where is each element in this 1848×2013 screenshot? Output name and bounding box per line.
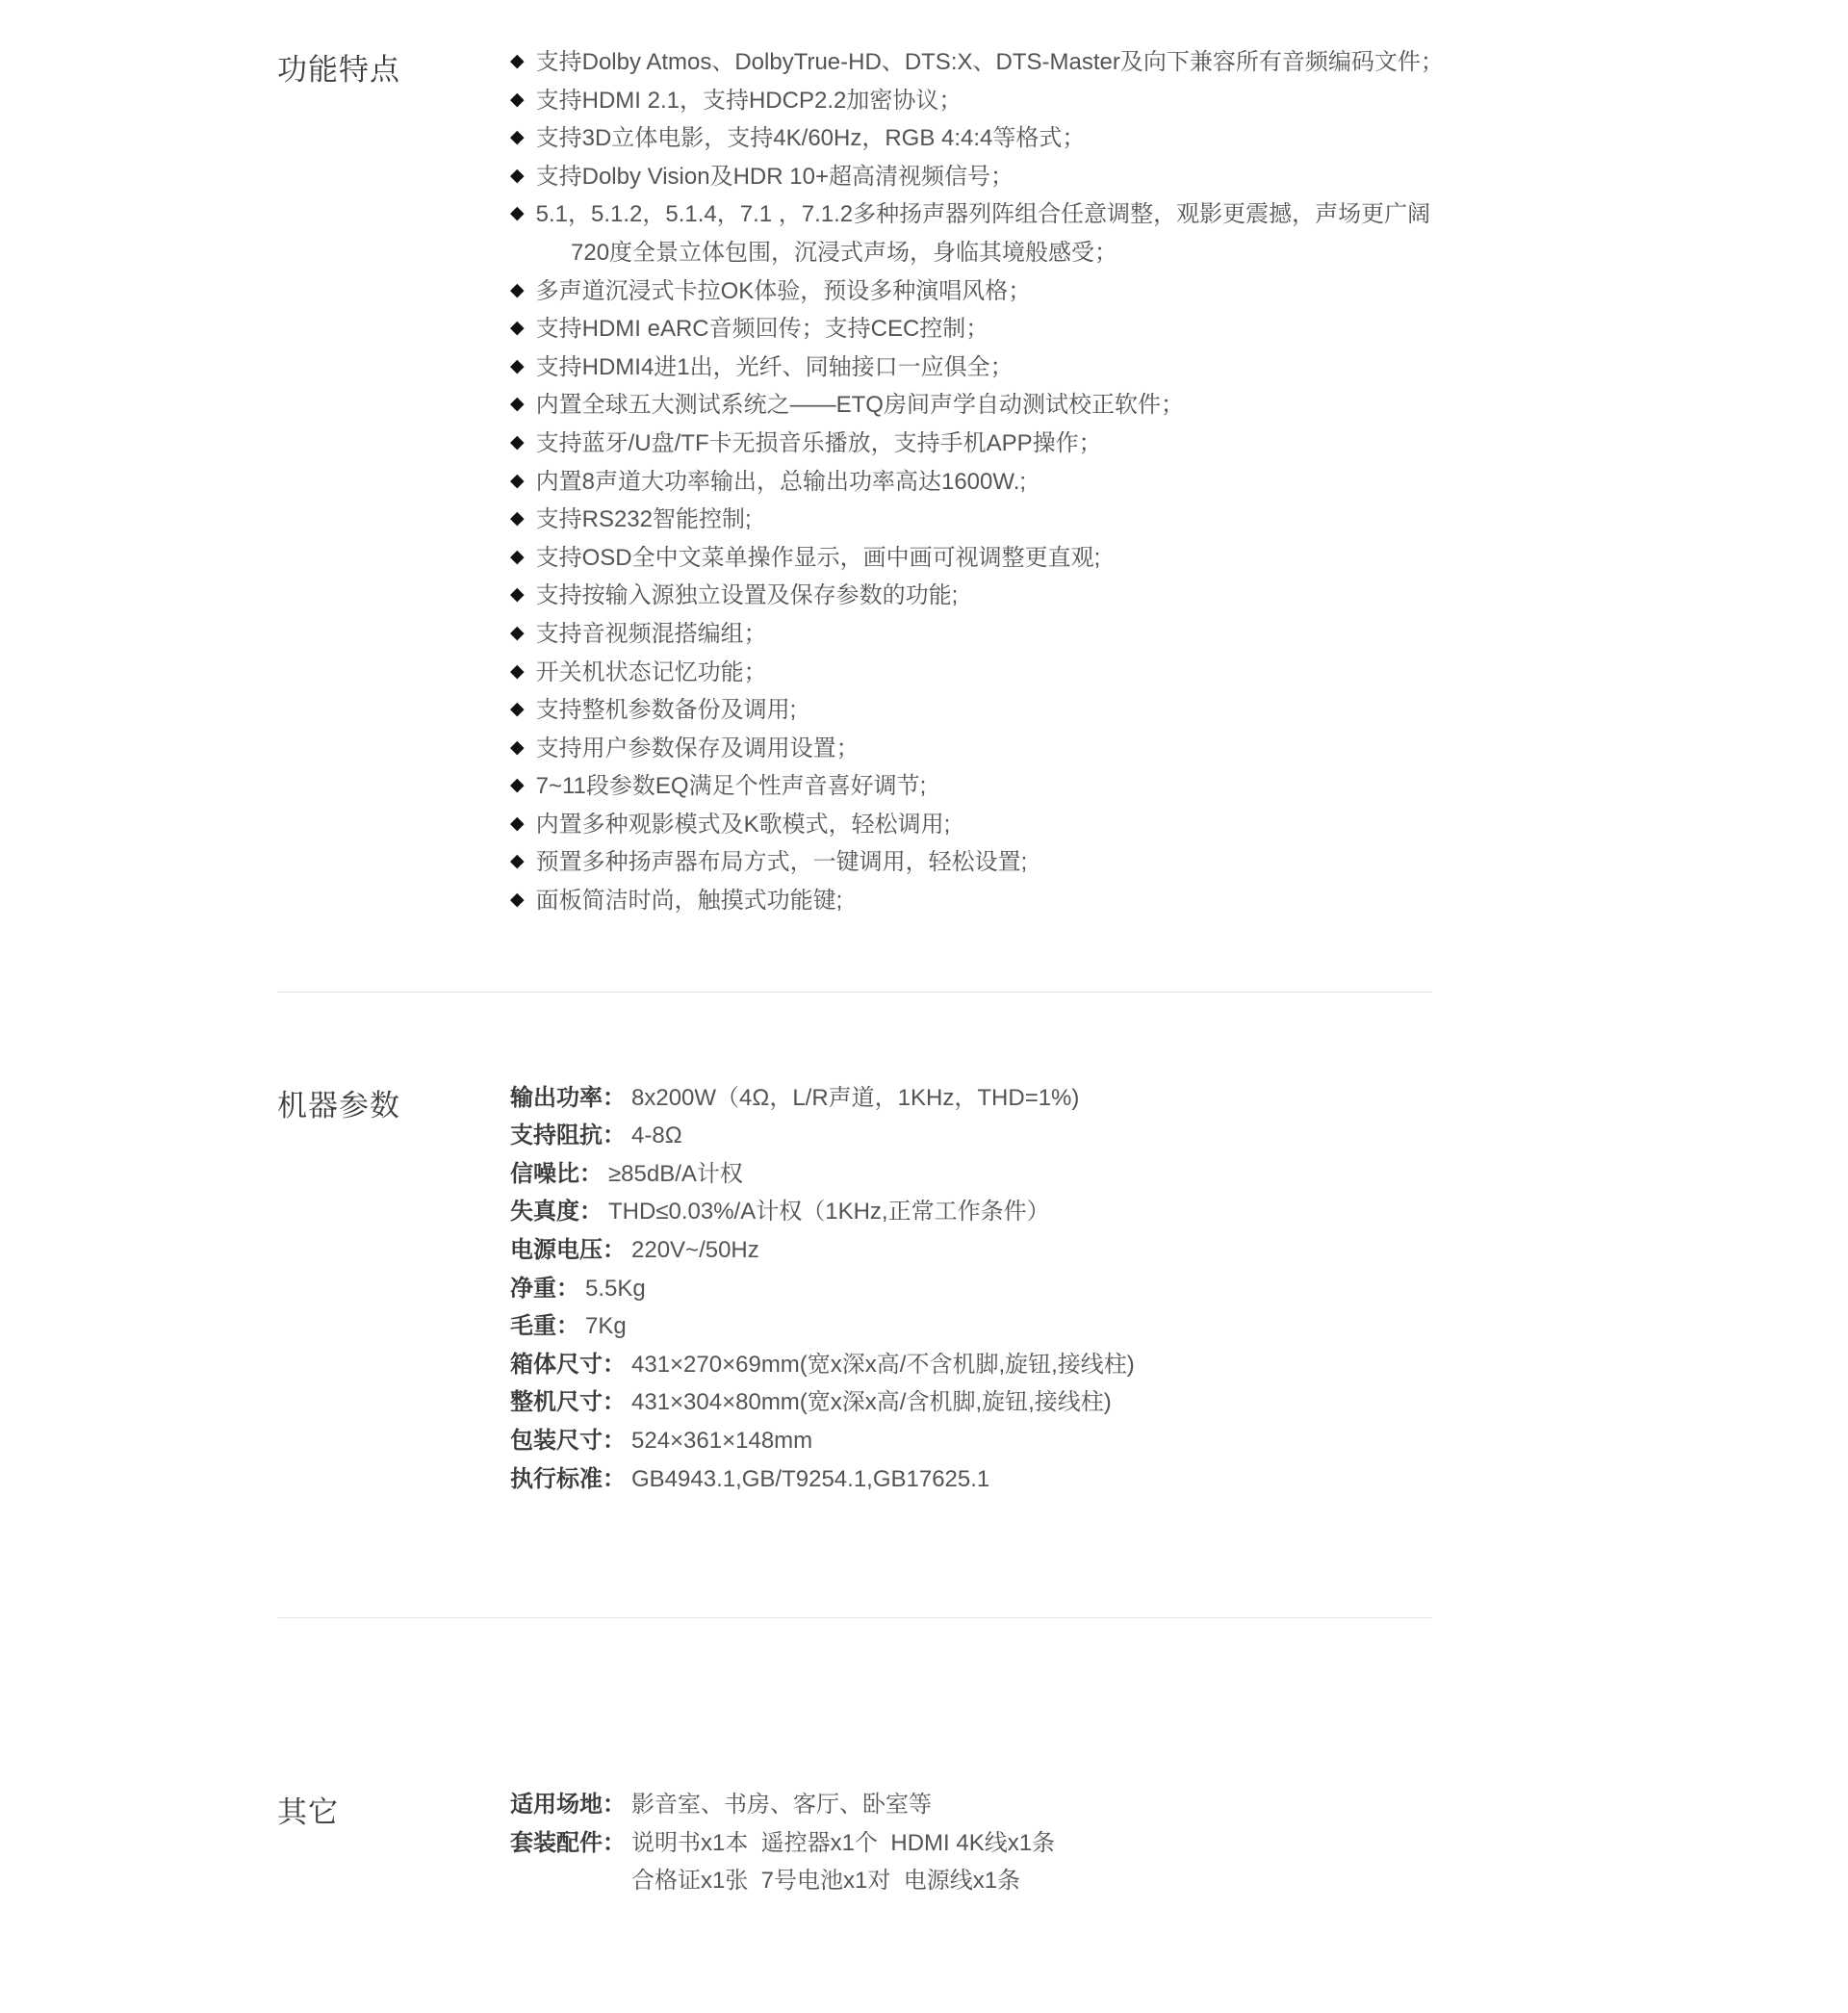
diamond-bullet-icon: ◆ <box>510 653 525 691</box>
feature-item: ◆内置8声道大功率输出，总输出功率高达1600W.; <box>510 463 1848 502</box>
spec-label: 净重： <box>510 1276 579 1302</box>
feature-text: 支持HDMI 2.1，支持HDCP2.2加密协议； <box>536 82 962 120</box>
feature-item: ◆支持用户参数保存及调用设置； <box>510 730 1848 768</box>
feature-text: 支持HDMI4进1出，光纤、同轴接口一应俱全； <box>536 348 1014 387</box>
feature-item: ◆支持HDMI eARC音频回传；支持CEC控制； <box>510 310 1848 348</box>
feature-text: 面板简洁时尚，触摸式功能键; <box>536 882 843 920</box>
feature-item: ◆5.1，5.1.2，5.1.4，7.1 ，7.1.2多种扬声器列阵组合任意调整… <box>510 195 1848 234</box>
spec-row: 电源电压：220V~/50Hz <box>510 1231 1848 1270</box>
feature-item: ◆支持按输入源独立设置及保存参数的功能; <box>510 577 1848 615</box>
spec-label: 执行标准： <box>510 1466 626 1492</box>
spec-value: THD≤0.03%/A计权（1KHz,正常工作条件） <box>608 1199 1050 1225</box>
spec-row: 支持阻抗：4-8Ω <box>510 1117 1848 1155</box>
spec-label: 信噪比： <box>510 1161 603 1187</box>
feature-text: 7~11段参数EQ满足个性声音喜好调节; <box>536 767 927 806</box>
diamond-bullet-icon: ◆ <box>510 614 525 653</box>
section-divider <box>277 992 1432 993</box>
feature-item: ◆内置全球五大测试系统之——ETQ房间声学自动测试校正软件； <box>510 386 1848 425</box>
feature-item: ◆内置多种观影模式及K歌模式，轻松调用; <box>510 806 1848 844</box>
spec-label: 输出功率： <box>510 1085 626 1111</box>
spec-label: 支持阻抗： <box>510 1123 626 1148</box>
diamond-bullet-icon: ◆ <box>510 881 525 919</box>
diamond-bullet-icon: ◆ <box>510 385 525 424</box>
other-values: 影音室、书房、客厅、卧室等 <box>631 1786 932 1824</box>
spec-value: 4-8Ω <box>631 1123 682 1148</box>
feature-text: 支持RS232智能控制; <box>536 501 752 539</box>
feature-continuation-text: 720度全景立体包围，沉浸式声场，身临其境般感受； <box>510 234 1848 272</box>
spec-row: 箱体尺寸：431×270×69mm(宽x深x高/不含机脚,旋钮,接线柱) <box>510 1346 1848 1384</box>
feature-text: 支持3D立体电影，支持4K/60Hz，RGB 4:4:4等格式； <box>536 119 1086 158</box>
other-values: 说明书x1本 遥控器x1个 HDMI 4K线x1条合格证x1张 7号电池x1对 … <box>631 1824 1055 1900</box>
other-section: 其它 适用场地：影音室、书房、客厅、卧室等套装配件：说明书x1本 遥控器x1个 … <box>0 1786 1848 1900</box>
spec-row: 执行标准：GB4943.1,GB/T9254.1,GB17625.1 <box>510 1460 1848 1499</box>
spec-value: 8x200W（4Ω，L/R声道，1KHz，THD=1%) <box>631 1085 1079 1111</box>
spec-label: 失真度： <box>510 1199 603 1225</box>
spec-row: 失真度：THD≤0.03%/A计权（1KHz,正常工作条件） <box>510 1193 1848 1231</box>
spec-label: 电源电压： <box>510 1237 626 1263</box>
spec-value: ≥85dB/A计权 <box>608 1161 743 1187</box>
diamond-bullet-icon: ◆ <box>510 729 525 767</box>
spec-row: 信噪比：≥85dB/A计权 <box>510 1155 1848 1194</box>
diamond-bullet-icon: ◆ <box>510 424 525 462</box>
diamond-bullet-icon: ◆ <box>510 271 525 310</box>
spec-row: 包装尺寸：524×361×148mm <box>510 1422 1848 1460</box>
feature-text: 内置全球五大测试系统之——ETQ房间声学自动测试校正软件； <box>536 386 1184 425</box>
other-value-line: 说明书x1本 遥控器x1个 HDMI 4K线x1条 <box>631 1824 1055 1863</box>
features-list: ◆支持Dolby Atmos、DolbyTrue-HD、DTS:X、DTS-Ma… <box>510 43 1848 920</box>
diamond-bullet-icon: ◆ <box>510 157 525 195</box>
feature-item: ◆多声道沉浸式卡拉OK体验，预设多种演唱风格； <box>510 272 1848 311</box>
feature-item: ◆支持Dolby Atmos、DolbyTrue-HD、DTS:X、DTS-Ma… <box>510 43 1848 82</box>
feature-text: 支持用户参数保存及调用设置； <box>536 730 860 768</box>
other-value-line: 合格证x1张 7号电池x1对 电源线x1条 <box>631 1862 1055 1900</box>
specs-section: 机器参数 输出功率：8x200W（4Ω，L/R声道，1KHz，THD=1%)支持… <box>0 1079 1848 1499</box>
diamond-bullet-icon: ◆ <box>510 805 525 843</box>
feature-text: 支持Dolby Atmos、DolbyTrue-HD、DTS:X、DTS-Mas… <box>536 43 1444 82</box>
diamond-bullet-icon: ◆ <box>510 42 525 81</box>
product-spec-page: 功能特点 ◆支持Dolby Atmos、DolbyTrue-HD、DTS:X、D… <box>0 0 1848 2013</box>
feature-text: 内置8声道大功率输出，总输出功率高达1600W.; <box>536 463 1026 502</box>
diamond-bullet-icon: ◆ <box>510 81 525 119</box>
diamond-bullet-icon: ◆ <box>510 538 525 577</box>
spec-value: GB4943.1,GB/T9254.1,GB17625.1 <box>631 1466 989 1492</box>
other-heading: 其它 <box>277 1788 339 1831</box>
feature-item: ◆预置多种扬声器布局方式，一键调用，轻松设置; <box>510 843 1848 882</box>
feature-text: 支持蓝牙/U盘/TF卡无损音乐播放，支持手机APP操作； <box>536 425 1102 463</box>
other-label: 适用场地： <box>510 1786 626 1824</box>
spec-value: 7Kg <box>585 1313 627 1339</box>
feature-text: 支持OSD全中文菜单操作显示，画中画可视调整更直观; <box>536 539 1101 578</box>
diamond-bullet-icon: ◆ <box>510 576 525 614</box>
spec-row: 整机尺寸：431×304×80mm(宽x深x高/含机脚,旋钮,接线柱) <box>510 1383 1848 1422</box>
feature-item: ◆开关机状态记忆功能； <box>510 654 1848 692</box>
other-list: 适用场地：影音室、书房、客厅、卧室等套装配件：说明书x1本 遥控器x1个 HDM… <box>510 1786 1848 1900</box>
feature-text: 支持HDMI eARC音频回传；支持CEC控制； <box>536 310 989 348</box>
diamond-bullet-icon: ◆ <box>510 118 525 157</box>
diamond-bullet-icon: ◆ <box>510 766 525 805</box>
feature-item: ◆支持音视频混搭编组； <box>510 615 1848 654</box>
spec-value: 220V~/50Hz <box>631 1237 759 1263</box>
specs-heading: 机器参数 <box>277 1081 400 1124</box>
feature-item: ◆面板简洁时尚，触摸式功能键; <box>510 882 1848 920</box>
diamond-bullet-icon: ◆ <box>510 500 525 538</box>
diamond-bullet-icon: ◆ <box>510 309 525 348</box>
feature-text: 5.1，5.1.2，5.1.4，7.1 ，7.1.2多种扬声器列阵组合任意调整，… <box>536 195 1431 234</box>
section-divider <box>277 1617 1432 1618</box>
spec-label: 整机尺寸： <box>510 1389 626 1415</box>
feature-text: 预置多种扬声器布局方式，一键调用，轻松设置; <box>536 843 1028 882</box>
spec-value: 431×304×80mm(宽x深x高/含机脚,旋钮,接线柱) <box>631 1389 1112 1415</box>
feature-text: 多声道沉浸式卡拉OK体验，预设多种演唱风格； <box>536 272 1032 311</box>
feature-item: ◆支持蓝牙/U盘/TF卡无损音乐播放，支持手机APP操作； <box>510 425 1848 463</box>
spec-label: 毛重： <box>510 1313 579 1339</box>
spec-value: 5.5Kg <box>585 1276 646 1302</box>
diamond-bullet-icon: ◆ <box>510 348 525 386</box>
feature-item: ◆支持RS232智能控制; <box>510 501 1848 539</box>
feature-item: ◆支持Dolby Vision及HDR 10+超高清视频信号； <box>510 158 1848 196</box>
feature-text: 支持Dolby Vision及HDR 10+超高清视频信号； <box>536 158 1014 196</box>
feature-item: ◆7~11段参数EQ满足个性声音喜好调节; <box>510 767 1848 806</box>
spec-row: 毛重：7Kg <box>510 1307 1848 1346</box>
other-label: 套装配件： <box>510 1824 626 1863</box>
feature-text: 开关机状态记忆功能； <box>536 654 767 692</box>
diamond-bullet-icon: ◆ <box>510 842 525 881</box>
features-section: 功能特点 ◆支持Dolby Atmos、DolbyTrue-HD、DTS:X、D… <box>0 43 1848 920</box>
diamond-bullet-icon: ◆ <box>510 462 525 501</box>
spec-label: 箱体尺寸： <box>510 1352 626 1378</box>
feature-item: ◆支持HDMI4进1出，光纤、同轴接口一应俱全； <box>510 348 1848 387</box>
spec-value: 524×361×148mm <box>631 1428 812 1454</box>
feature-text: 支持整机参数备份及调用; <box>536 691 797 730</box>
feature-item: ◆支持3D立体电影，支持4K/60Hz，RGB 4:4:4等格式； <box>510 119 1848 158</box>
other-row: 套装配件：说明书x1本 遥控器x1个 HDMI 4K线x1条合格证x1张 7号电… <box>510 1824 1848 1900</box>
specs-list: 输出功率：8x200W（4Ω，L/R声道，1KHz，THD=1%)支持阻抗：4-… <box>510 1079 1848 1499</box>
feature-text: 支持按输入源独立设置及保存参数的功能; <box>536 577 959 615</box>
features-heading: 功能特点 <box>277 45 400 89</box>
feature-text: 支持音视频混搭编组； <box>536 615 767 654</box>
other-value-line: 影音室、书房、客厅、卧室等 <box>631 1786 932 1824</box>
diamond-bullet-icon: ◆ <box>510 194 525 233</box>
diamond-bullet-icon: ◆ <box>510 690 525 729</box>
feature-item: ◆支持整机参数备份及调用; <box>510 691 1848 730</box>
spec-row: 净重：5.5Kg <box>510 1270 1848 1308</box>
feature-item: ◆支持OSD全中文菜单操作显示，画中画可视调整更直观; <box>510 539 1848 578</box>
spec-label: 包装尺寸： <box>510 1428 626 1454</box>
feature-text: 内置多种观影模式及K歌模式，轻松调用; <box>536 806 951 844</box>
spec-row: 输出功率：8x200W（4Ω，L/R声道，1KHz，THD=1%) <box>510 1079 1848 1118</box>
feature-item: ◆支持HDMI 2.1，支持HDCP2.2加密协议； <box>510 82 1848 120</box>
other-row: 适用场地：影音室、书房、客厅、卧室等 <box>510 1786 1848 1824</box>
spec-value: 431×270×69mm(宽x深x高/不含机脚,旋钮,接线柱) <box>631 1352 1135 1378</box>
